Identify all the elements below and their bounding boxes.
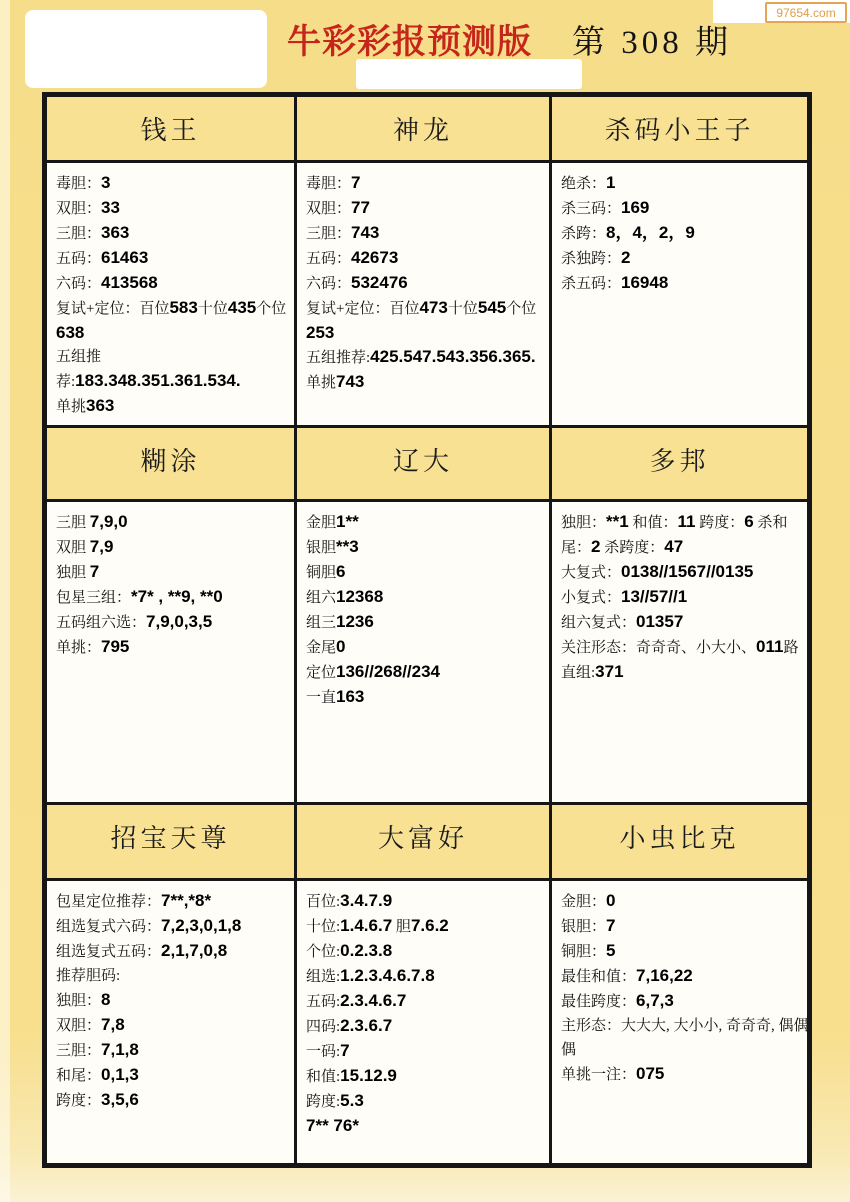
prediction-line: 六码：413568 <box>56 271 290 296</box>
prediction-label: 和值: <box>306 1069 340 1085</box>
prediction-label: 四码: <box>306 1019 340 1035</box>
prediction-line: 三胆：7,1,8 <box>56 1038 290 1063</box>
prediction-line: 荐:183.348.351.361.534. <box>56 369 290 394</box>
prediction-value: 583 <box>169 298 197 317</box>
prediction-line: 银胆**3 <box>306 535 545 560</box>
prediction-value: 743 <box>351 223 379 242</box>
prediction-line: 直组:371 <box>561 660 803 685</box>
prediction-label: 包星三组： <box>56 590 131 606</box>
prediction-label: 小复式： <box>561 590 621 606</box>
prediction-value: 7**,*8* <box>161 891 211 910</box>
blank-box-under-title <box>356 59 582 89</box>
prediction-line: 个位:0.2.3.8 <box>306 939 545 964</box>
prediction-label: 双胆 <box>56 540 90 556</box>
prediction-line: 五组推荐:425.547.543.356.365. <box>306 345 545 370</box>
prediction-line: 定位136//268//234 <box>306 660 545 685</box>
prediction-value: 169 <box>621 198 649 217</box>
prediction-line: 一码:7 <box>306 1039 545 1064</box>
prediction-value: 1.2.3.4.6.7.8 <box>340 966 435 985</box>
prediction-label: 最佳和值： <box>561 969 636 985</box>
prediction-line: 包星三组：*7* , **9, **0 <box>56 585 290 610</box>
prediction-label: 偶 <box>561 1042 576 1058</box>
prediction-label: 六码： <box>56 276 101 292</box>
prediction-label: 单挑 <box>306 375 336 391</box>
prediction-label: 杀跨： <box>561 226 606 242</box>
prediction-label: 杀三码： <box>561 201 621 217</box>
prediction-label: 单挑 <box>56 399 86 415</box>
prediction-value: 7,16,22 <box>636 966 693 985</box>
prediction-value: 3.4.7.9 <box>340 891 392 910</box>
panel-header-duobang: 多邦 <box>552 428 807 499</box>
prediction-line: 最佳和值：7,16,22 <box>561 964 803 989</box>
prediction-line: 小复式：13//57//1 <box>561 585 803 610</box>
panel-header-shenlong: 神龙 <box>297 97 549 160</box>
prediction-line: 尾：2 杀跨度：47 <box>561 535 803 560</box>
prediction-label: 个位: <box>306 944 340 960</box>
prediction-label: 毒胆： <box>56 176 101 192</box>
prediction-value: **3 <box>336 537 359 556</box>
prediction-value: 0 <box>336 637 345 656</box>
prediction-value: 638 <box>56 323 84 342</box>
prediction-line: 杀三码：169 <box>561 196 803 221</box>
page-header: 牛彩彩报预测版 第 308 期 <box>287 14 732 63</box>
panel-header-xiaochong-bike: 小虫比克 <box>552 805 807 878</box>
prediction-value: 6 <box>744 512 753 531</box>
prediction-value: 0138//1567//0135 <box>621 562 753 581</box>
prediction-label: 杀和 <box>754 515 788 531</box>
prediction-value: 743 <box>336 372 364 391</box>
panel-content-shenlong: 毒胆：7双胆：77三胆：743五码：42673六码：532476复试+定位：百位… <box>297 163 549 425</box>
prediction-value: 7,9,0,3,5 <box>146 612 212 631</box>
prediction-line: 五码组六选：7,9,0,3,5 <box>56 610 290 635</box>
prediction-line: 杀跨：8，4，2，9 <box>561 221 803 246</box>
prediction-value: 7 <box>90 562 99 581</box>
prediction-line: 单挑363 <box>56 394 290 419</box>
prediction-label: 五组推荐: <box>306 350 370 366</box>
prediction-label: 金胆： <box>561 894 606 910</box>
prediction-line: 双胆 7,9 <box>56 535 290 560</box>
prediction-label: 定位 <box>306 665 336 681</box>
prediction-value: 1** <box>336 512 359 531</box>
prediction-label: 五码组六选： <box>56 615 146 631</box>
prediction-label: 铜胆： <box>561 944 606 960</box>
prediction-line: 偶 <box>561 1038 803 1062</box>
prediction-line: 253 <box>306 321 545 345</box>
prediction-label: 毒胆： <box>306 176 351 192</box>
prediction-value: 0 <box>606 891 615 910</box>
panel-content-hutu: 三胆 7,9,0双胆 7,9独胆 7包星三组：*7* , **9, **0五码组… <box>47 502 294 802</box>
prediction-line: 组选复式五码：2,1,7,0,8 <box>56 939 290 964</box>
prediction-label: 推荐胆码: <box>56 968 120 984</box>
panel-content-xiaochong-bike: 金胆：0银胆：7铜胆：5最佳和值：7,16,22最佳跨度：6,7,3主形态：大大… <box>552 881 807 1163</box>
prediction-label: 银胆 <box>306 540 336 556</box>
prediction-label: 杀五码： <box>561 276 621 292</box>
issue-number: 第 308 期 <box>572 16 732 63</box>
prediction-line: 独胆：**1 和值：11 跨度：6 杀和 <box>561 510 803 535</box>
prediction-line: 三胆 7,9,0 <box>56 510 290 535</box>
prediction-line: 关注形态：奇奇奇、小大小、011路 <box>561 635 803 660</box>
prediction-line: 单挑：795 <box>56 635 290 660</box>
prediction-value: 532476 <box>351 273 408 292</box>
prediction-line: 638 <box>56 321 290 345</box>
prediction-label: 金尾 <box>306 640 336 656</box>
prediction-value: 1.4.6.7 <box>340 916 392 935</box>
prediction-line: 主形态：大大大, 大小小, 奇奇奇, 偶偶 <box>561 1014 803 1038</box>
prediction-value: 7 <box>351 173 360 192</box>
prediction-value: 5 <box>606 941 615 960</box>
prediction-label: 尾： <box>561 540 591 556</box>
prediction-value: 363 <box>86 396 114 415</box>
prediction-label: 直组: <box>561 665 595 681</box>
prediction-label: 胆 <box>392 919 411 935</box>
prediction-value: 7 <box>340 1041 349 1060</box>
panel-header-liaoda: 辽大 <box>297 428 549 499</box>
panel-header-qianwang: 钱王 <box>47 97 294 160</box>
prediction-label: 三胆 <box>56 515 90 531</box>
prediction-line: 四码:2.3.6.7 <box>306 1014 545 1039</box>
prediction-line: 单挑743 <box>306 370 545 395</box>
prediction-line: 单挑一注：075 <box>561 1062 803 1087</box>
prediction-label: 一码: <box>306 1044 340 1060</box>
prediction-value: 42673 <box>351 248 398 267</box>
prediction-label: 包星定位推荐： <box>56 894 161 910</box>
prediction-line: 三胆：363 <box>56 221 290 246</box>
prediction-line: 组六12368 <box>306 585 545 610</box>
prediction-value: 413568 <box>101 273 158 292</box>
prediction-label: 跨度： <box>695 515 744 531</box>
prediction-value: 16948 <box>621 273 668 292</box>
prediction-label: 组选: <box>306 969 340 985</box>
prediction-value: 7,1,8 <box>101 1040 139 1059</box>
prediction-label: 独胆： <box>56 993 101 1009</box>
prediction-label: 单挑： <box>56 640 101 656</box>
watermark: 97654.com <box>765 2 847 23</box>
prediction-value: 075 <box>636 1064 664 1083</box>
prediction-label: 金胆 <box>306 515 336 531</box>
prediction-label: 十位: <box>306 919 340 935</box>
prediction-label: 三胆： <box>306 226 351 242</box>
prediction-line: 组六复式：01357 <box>561 610 803 635</box>
prediction-value: 7,2,3,0,1,8 <box>161 916 241 935</box>
prediction-value: 371 <box>595 662 623 681</box>
blank-box-top-left <box>25 10 267 88</box>
prediction-line: 独胆：8 <box>56 988 290 1013</box>
prediction-line: 双胆：7,8 <box>56 1013 290 1038</box>
prediction-label: 跨度： <box>56 1093 101 1109</box>
prediction-label: 双胆： <box>56 1018 101 1034</box>
prediction-value: 5.3 <box>340 1091 364 1110</box>
prediction-value: 61463 <box>101 248 148 267</box>
prediction-label: 五码： <box>306 251 351 267</box>
prediction-label: 大复式： <box>561 565 621 581</box>
prediction-line: 7** 76* <box>306 1114 545 1138</box>
page-title: 牛彩彩报预测版 <box>287 14 532 63</box>
prediction-value: 0.2.3.8 <box>340 941 392 960</box>
prediction-value: 8 <box>101 990 110 1009</box>
prediction-value: 2.3.4.6.7 <box>340 991 406 1010</box>
prediction-value: 12368 <box>336 587 383 606</box>
prediction-label: 五码： <box>56 251 101 267</box>
prediction-line: 推荐胆码: <box>56 964 290 988</box>
prediction-value: 7.6.2 <box>411 916 449 935</box>
prediction-label: 关注形态：奇奇奇、小大小、 <box>561 640 756 656</box>
prediction-label: 三胆： <box>56 1043 101 1059</box>
prediction-line: 金胆1** <box>306 510 545 535</box>
prediction-line: 大复式：0138//1567//0135 <box>561 560 803 585</box>
panel-header-shama-xiaowangzi: 杀码小王子 <box>552 97 807 160</box>
prediction-label: 荐: <box>56 374 75 390</box>
prediction-label: 路 <box>783 640 798 656</box>
prediction-value: 33 <box>101 198 120 217</box>
prediction-label: 主形态：大大大, 大小小, 奇奇奇, 偶偶 <box>561 1018 807 1034</box>
prediction-value: 01357 <box>636 612 683 631</box>
panel-content-zhaobao-tianzun: 包星定位推荐：7**,*8*组选复式六码：7,2,3,0,1,8组选复式五码：2… <box>47 881 294 1163</box>
prediction-label: 复试+定位：百位 <box>56 301 169 317</box>
prediction-label: 和值： <box>629 515 678 531</box>
prediction-label: 复试+定位：百位 <box>306 301 419 317</box>
prediction-value: 6 <box>336 562 345 581</box>
prediction-line: 跨度:5.3 <box>306 1089 545 1114</box>
panel-content-qianwang: 毒胆：3双胆：33三胆：363五码：61463六码：413568复试+定位：百位… <box>47 163 294 425</box>
prediction-value: 8，4，2，9 <box>606 223 695 242</box>
prediction-label: 杀独跨： <box>561 251 621 267</box>
prediction-label: 跨度: <box>306 1094 340 1110</box>
prediction-line: 复试+定位：百位583十位435个位 <box>56 296 290 321</box>
prediction-label: 单挑一注： <box>561 1067 636 1083</box>
prediction-line: 绝杀：1 <box>561 171 803 196</box>
prediction-line: 独胆 7 <box>56 560 290 585</box>
prediction-label: 独胆 <box>56 565 90 581</box>
prediction-line: 十位:1.4.6.7 胆7.6.2 <box>306 914 545 939</box>
prediction-line: 复试+定位：百位473十位545个位 <box>306 296 545 321</box>
prediction-line: 组选:1.2.3.4.6.7.8 <box>306 964 545 989</box>
prediction-label: 杀跨度： <box>600 540 664 556</box>
prediction-value: 136//268//234 <box>336 662 440 681</box>
prediction-value: 7 <box>606 916 615 935</box>
prediction-line: 五码：42673 <box>306 246 545 271</box>
prediction-label: 六码： <box>306 276 351 292</box>
prediction-value: 363 <box>101 223 129 242</box>
prediction-value: 2.3.6.7 <box>340 1016 392 1035</box>
prediction-line: 铜胆6 <box>306 560 545 585</box>
prediction-line: 和尾：0,1,3 <box>56 1063 290 1088</box>
prediction-label: 组六复式： <box>561 615 636 631</box>
prediction-value: 0,1,3 <box>101 1065 139 1084</box>
panel-header-zhaobao-tianzun: 招宝天尊 <box>47 805 294 878</box>
prediction-value: 163 <box>336 687 364 706</box>
prediction-label: 组六 <box>306 590 336 606</box>
prediction-value: 3 <box>101 173 110 192</box>
prediction-line: 跨度：3,5,6 <box>56 1088 290 1113</box>
prediction-value: 2,1,7,0,8 <box>161 941 227 960</box>
prediction-line: 五组推 <box>56 345 290 369</box>
prediction-value: 1 <box>606 173 615 192</box>
prediction-table: 钱王神龙杀码小王子毒胆：3双胆：33三胆：363五码：61463六码：41356… <box>42 92 812 1168</box>
prediction-value: 795 <box>101 637 129 656</box>
prediction-label: 十位 <box>448 301 478 317</box>
prediction-value: 7** 76* <box>306 1116 359 1135</box>
prediction-label: 铜胆 <box>306 565 336 581</box>
prediction-label: 五组推 <box>56 349 101 365</box>
prediction-label: 独胆： <box>561 515 606 531</box>
prediction-label: 十位 <box>198 301 228 317</box>
prediction-value: 011 <box>756 637 783 656</box>
prediction-line: 百位:3.4.7.9 <box>306 889 545 914</box>
prediction-line: 六码：532476 <box>306 271 545 296</box>
prediction-line: 金尾0 <box>306 635 545 660</box>
panel-content-duobang: 独胆：**1 和值：11 跨度：6 杀和尾：2 杀跨度：47大复式：0138//… <box>552 502 807 802</box>
prediction-line: 包星定位推荐：7**,*8* <box>56 889 290 914</box>
prediction-value: 183.348.351.361.534. <box>75 371 240 390</box>
prediction-line: 铜胆：5 <box>561 939 803 964</box>
prediction-line: 五码:2.3.4.6.7 <box>306 989 545 1014</box>
prediction-label: 绝杀： <box>561 176 606 192</box>
prediction-label: 百位: <box>306 894 340 910</box>
prediction-label: 个位 <box>506 301 536 317</box>
prediction-line: 一直163 <box>306 685 545 710</box>
prediction-value: 545 <box>478 298 506 317</box>
prediction-line: 毒胆：7 <box>306 171 545 196</box>
prediction-value: 47 <box>664 537 683 556</box>
prediction-value: 2 <box>621 248 630 267</box>
prediction-value: 473 <box>419 298 447 317</box>
prediction-value: 425.547.543.356.365. <box>370 347 535 366</box>
prediction-line: 金胆：0 <box>561 889 803 914</box>
panel-header-hutu: 糊涂 <box>47 428 294 499</box>
prediction-value: 1236 <box>336 612 374 631</box>
panel-content-dafuhao: 百位:3.4.7.9十位:1.4.6.7 胆7.6.2个位:0.2.3.8组选:… <box>297 881 549 1163</box>
prediction-line: 五码：61463 <box>56 246 290 271</box>
prediction-value: 6,7,3 <box>636 991 674 1010</box>
prediction-line: 银胆：7 <box>561 914 803 939</box>
prediction-value: 7,8 <box>101 1015 125 1034</box>
prediction-value: 13//57//1 <box>621 587 687 606</box>
prediction-line: 双胆：77 <box>306 196 545 221</box>
prediction-line: 杀独跨：2 <box>561 246 803 271</box>
prediction-label: 最佳跨度： <box>561 994 636 1010</box>
prediction-label: 一直 <box>306 690 336 706</box>
panel-header-dafuhao: 大富好 <box>297 805 549 878</box>
panel-content-shama-xiaowangzi: 绝杀：1杀三码：169杀跨：8，4，2，9杀独跨：2杀五码：16948 <box>552 163 807 425</box>
prediction-value: 253 <box>306 323 334 342</box>
prediction-value: 7,9 <box>90 537 114 556</box>
prediction-label: 组选复式五码： <box>56 944 161 960</box>
prediction-value: 11 <box>677 512 695 531</box>
prediction-line: 最佳跨度：6,7,3 <box>561 989 803 1014</box>
prediction-value: 77 <box>351 198 370 217</box>
prediction-line: 组选复式六码：7,2,3,0,1,8 <box>56 914 290 939</box>
prediction-line: 三胆：743 <box>306 221 545 246</box>
prediction-label: 双胆： <box>306 201 351 217</box>
prediction-label: 和尾： <box>56 1068 101 1084</box>
prediction-line: 毒胆：3 <box>56 171 290 196</box>
prediction-value: **1 <box>606 512 629 531</box>
prediction-line: 组三1236 <box>306 610 545 635</box>
prediction-label: 五码: <box>306 994 340 1010</box>
prediction-label: 双胆： <box>56 201 101 217</box>
prediction-value: 435 <box>228 298 256 317</box>
panel-content-liaoda: 金胆1**银胆**3铜胆6组六12368组三1236金尾0定位136//268/… <box>297 502 549 802</box>
prediction-line: 杀五码：16948 <box>561 271 803 296</box>
watermark-strip: 97654.com <box>713 0 850 23</box>
prediction-line: 双胆：33 <box>56 196 290 221</box>
prediction-label: 银胆： <box>561 919 606 935</box>
prediction-value: 3,5,6 <box>101 1090 139 1109</box>
prediction-label: 组三 <box>306 615 336 631</box>
prediction-line: 和值:15.12.9 <box>306 1064 545 1089</box>
prediction-value: 7,9,0 <box>90 512 128 531</box>
prediction-label: 组选复式六码： <box>56 919 161 935</box>
prediction-label: 个位 <box>256 301 286 317</box>
prediction-value: 15.12.9 <box>340 1066 397 1085</box>
prediction-value: *7* , **9, **0 <box>131 587 223 606</box>
prediction-label: 三胆： <box>56 226 101 242</box>
